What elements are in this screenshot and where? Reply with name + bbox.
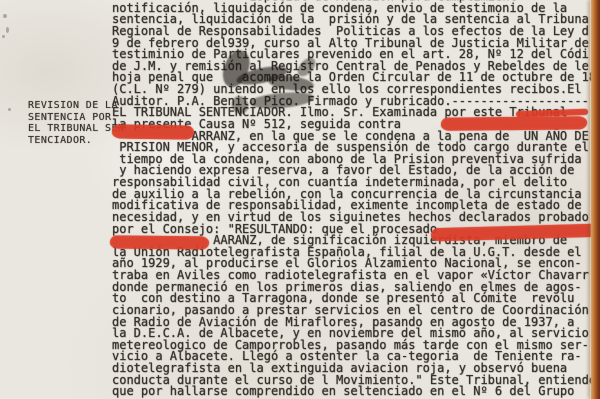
margin-note-line: REVISION DE LA — [28, 100, 124, 112]
page-edge-strip — [590, 0, 600, 399]
paper-speck — [8, 108, 11, 111]
redaction-mark-before-aaranz — [110, 235, 209, 249]
document-page: Especial de Aviación para cumplimient no… — [0, 0, 600, 399]
margin-note-line: TENCIADOR. — [28, 135, 124, 147]
margin-annotation: REVISION DE LA SENTENCIA POR EL TRIBUNAL… — [28, 100, 124, 146]
margin-note-line: EL TRIBUNAL SEN — [28, 123, 124, 135]
margin-note-line: SENTENCIA POR — [28, 112, 124, 124]
redaction-mark-seguida-contra — [441, 116, 587, 131]
document-text-line: que por hallarse comprendido en seltenci… — [112, 386, 600, 398]
paper-speck — [3, 14, 7, 18]
document-body: Especial de Aviación para cumplimient no… — [112, 0, 600, 398]
redaction-mark-before-arranz — [112, 124, 194, 139]
paper-speck — [6, 27, 9, 33]
paper-speck — [2, 35, 5, 38]
